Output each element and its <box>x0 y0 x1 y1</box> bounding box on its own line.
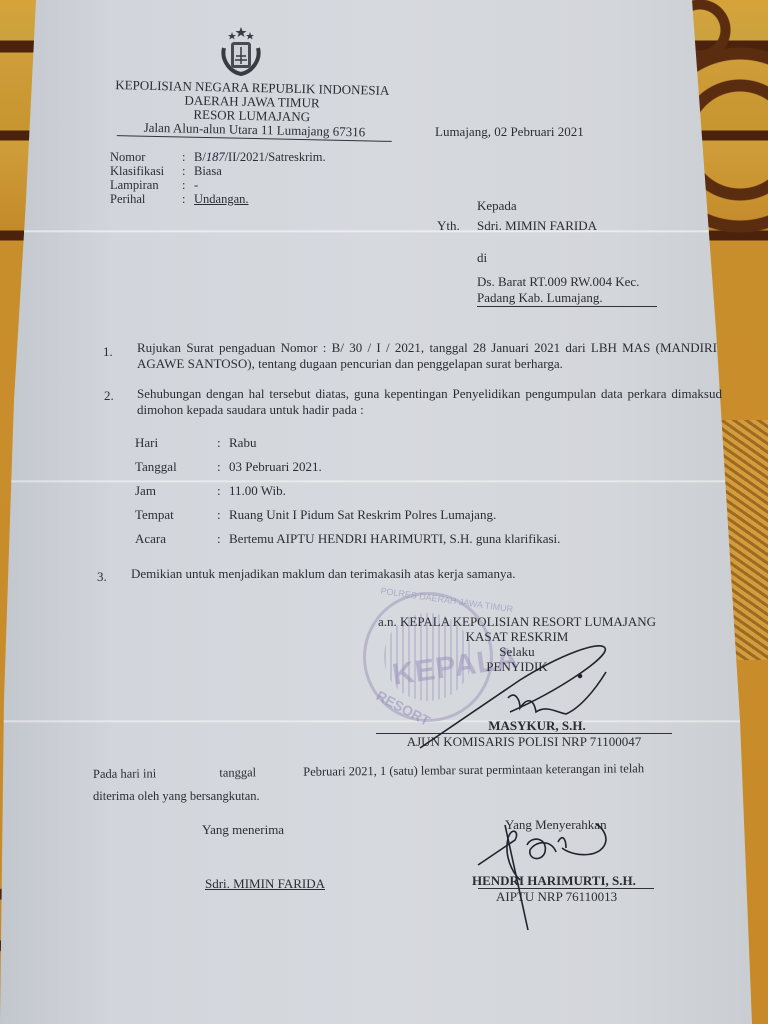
separator: : <box>217 459 229 475</box>
detail-label: Hari <box>135 435 217 451</box>
detail-label: Tempat <box>135 507 217 523</box>
recipient-address-line2: Padang Kab. Lumajang. <box>477 290 657 307</box>
item-text-2: Sehubungan dengan hal tersebut diatas, g… <box>137 386 722 418</box>
nomor-suffix: /II/2021/Satreskrim. <box>225 150 326 164</box>
receiver-name: Sdri. MIMIN FARIDA <box>205 876 325 892</box>
receiver-label: Yang menerima <box>202 822 284 838</box>
klasifikasi-value: Biasa <box>194 164 222 178</box>
recipient-name: Sdri. MIMIN FARIDA <box>477 218 597 234</box>
item-text-3: Demikian untuk menjadikan maklum dan ter… <box>131 566 515 582</box>
detail-value: 03 Pebruari 2021. <box>229 459 322 475</box>
letter-document: KEPOLISIAN NEGARA REPUBLIK INDONESIA DAE… <box>0 0 768 1024</box>
item-text-1: Rujukan Surat pengaduan Nomor : B/ 30 / … <box>137 340 717 372</box>
letterhead: KEPOLISIAN NEGARA REPUBLIK INDONESIA DAE… <box>109 78 395 142</box>
detail-value: Bertemu AIPTU HENDRI HARIMURTI, S.H. gun… <box>229 531 560 547</box>
lampiran-value: - <box>194 178 198 192</box>
detail-value: Ruang Unit I Pidum Sat Reskrim Polres Lu… <box>229 507 496 523</box>
signature-line2: KASAT RESKRIM <box>362 629 672 644</box>
detail-label: Acara <box>135 531 217 547</box>
receipt-part3: Pebruari 2021, 1 (satu) lembar surat per… <box>303 761 644 779</box>
giver-label: Yang Menyerahkan <box>505 817 607 833</box>
item-number-1: 1. <box>103 344 113 360</box>
separator: : <box>217 483 229 499</box>
meta-nomor: Nomor : B/ 187 /II/2021/Satreskrim. <box>110 150 326 164</box>
detail-label: Jam <box>135 483 217 499</box>
letter-date: Lumajang, 02 Pebruari 2021 <box>435 124 584 140</box>
receipt-part1: Pada hari ini <box>93 766 156 781</box>
separator: : <box>182 150 194 164</box>
meta-lampiran: Lampiran : - <box>110 178 326 192</box>
signature-line3: Selaku <box>362 644 672 659</box>
lampiran-label: Lampiran <box>110 178 182 192</box>
recipient-di: di <box>477 250 487 266</box>
signatory-name: MASYKUR, S.H. <box>402 718 672 733</box>
separator: : <box>217 531 229 547</box>
separator: : <box>217 435 229 451</box>
meta-klasifikasi: Klasifikasi : Biasa <box>110 164 326 178</box>
detail-label: Tanggal <box>135 459 217 475</box>
receipt-line1: Pada hari ini tanggal Pebruari 2021, 1 (… <box>93 761 644 782</box>
receipt-line2: diterima oleh yang bersangkutan. <box>93 789 260 804</box>
item-number-3: 3. <box>97 569 107 585</box>
signature-line1: a.n. KEPALA KEPOLISIAN RESORT LUMAJANG <box>362 614 672 629</box>
detail-row: Tanggal : 03 Pebruari 2021. <box>135 455 560 479</box>
separator: : <box>182 178 194 192</box>
separator: : <box>182 192 194 206</box>
letterhead-address: Jalan Alun-alun Utara 11 Lumajang 67316 <box>117 120 392 142</box>
detail-row: Jam : 11.00 Wib. <box>135 479 560 503</box>
signatory-rank: AJUN KOMISARIS POLISI NRP 71100047 <box>376 733 672 749</box>
perihal-label: Perihal <box>110 192 182 206</box>
detail-row: Acara : Bertemu AIPTU HENDRI HARIMURTI, … <box>135 527 560 551</box>
detail-value: 11.00 Wib. <box>229 483 286 499</box>
nomor-prefix: B/ <box>194 150 206 164</box>
detail-row: Tempat : Ruang Unit I Pidum Sat Reskrim … <box>135 503 560 527</box>
recipient-kepada: Kepada <box>477 198 517 214</box>
perihal-value: Undangan. <box>194 192 249 206</box>
receipt-part2: tanggal <box>219 765 256 779</box>
separator: : <box>217 507 229 523</box>
detail-row: Hari : Rabu <box>135 431 560 455</box>
recipient-address-line1: Ds. Barat RT.009 RW.004 Kec. <box>477 274 639 290</box>
recipient-yth: Yth. <box>437 218 460 234</box>
giver-rank: AIPTU NRP 76110013 <box>496 889 617 905</box>
letter-meta: Nomor : B/ 187 /II/2021/Satreskrim. Klas… <box>110 150 326 206</box>
separator: : <box>182 164 194 178</box>
signature-block: a.n. KEPALA KEPOLISIAN RESORT LUMAJANG K… <box>362 614 672 749</box>
police-emblem-icon <box>216 26 266 78</box>
nomor-label: Nomor <box>110 150 182 164</box>
appointment-details: Hari : Rabu Tanggal : 03 Pebruari 2021. … <box>135 431 560 551</box>
nomor-handwritten: 187 <box>206 150 225 164</box>
giver-name: HENDRI HARIMURTI, S.H. <box>472 873 636 889</box>
meta-perihal: Perihal : Undangan. <box>110 192 326 206</box>
item-number-2: 2. <box>104 388 114 404</box>
detail-value: Rabu <box>229 435 256 451</box>
signature-line4: PENYIDIK <box>362 659 672 674</box>
klasifikasi-label: Klasifikasi <box>110 164 182 178</box>
